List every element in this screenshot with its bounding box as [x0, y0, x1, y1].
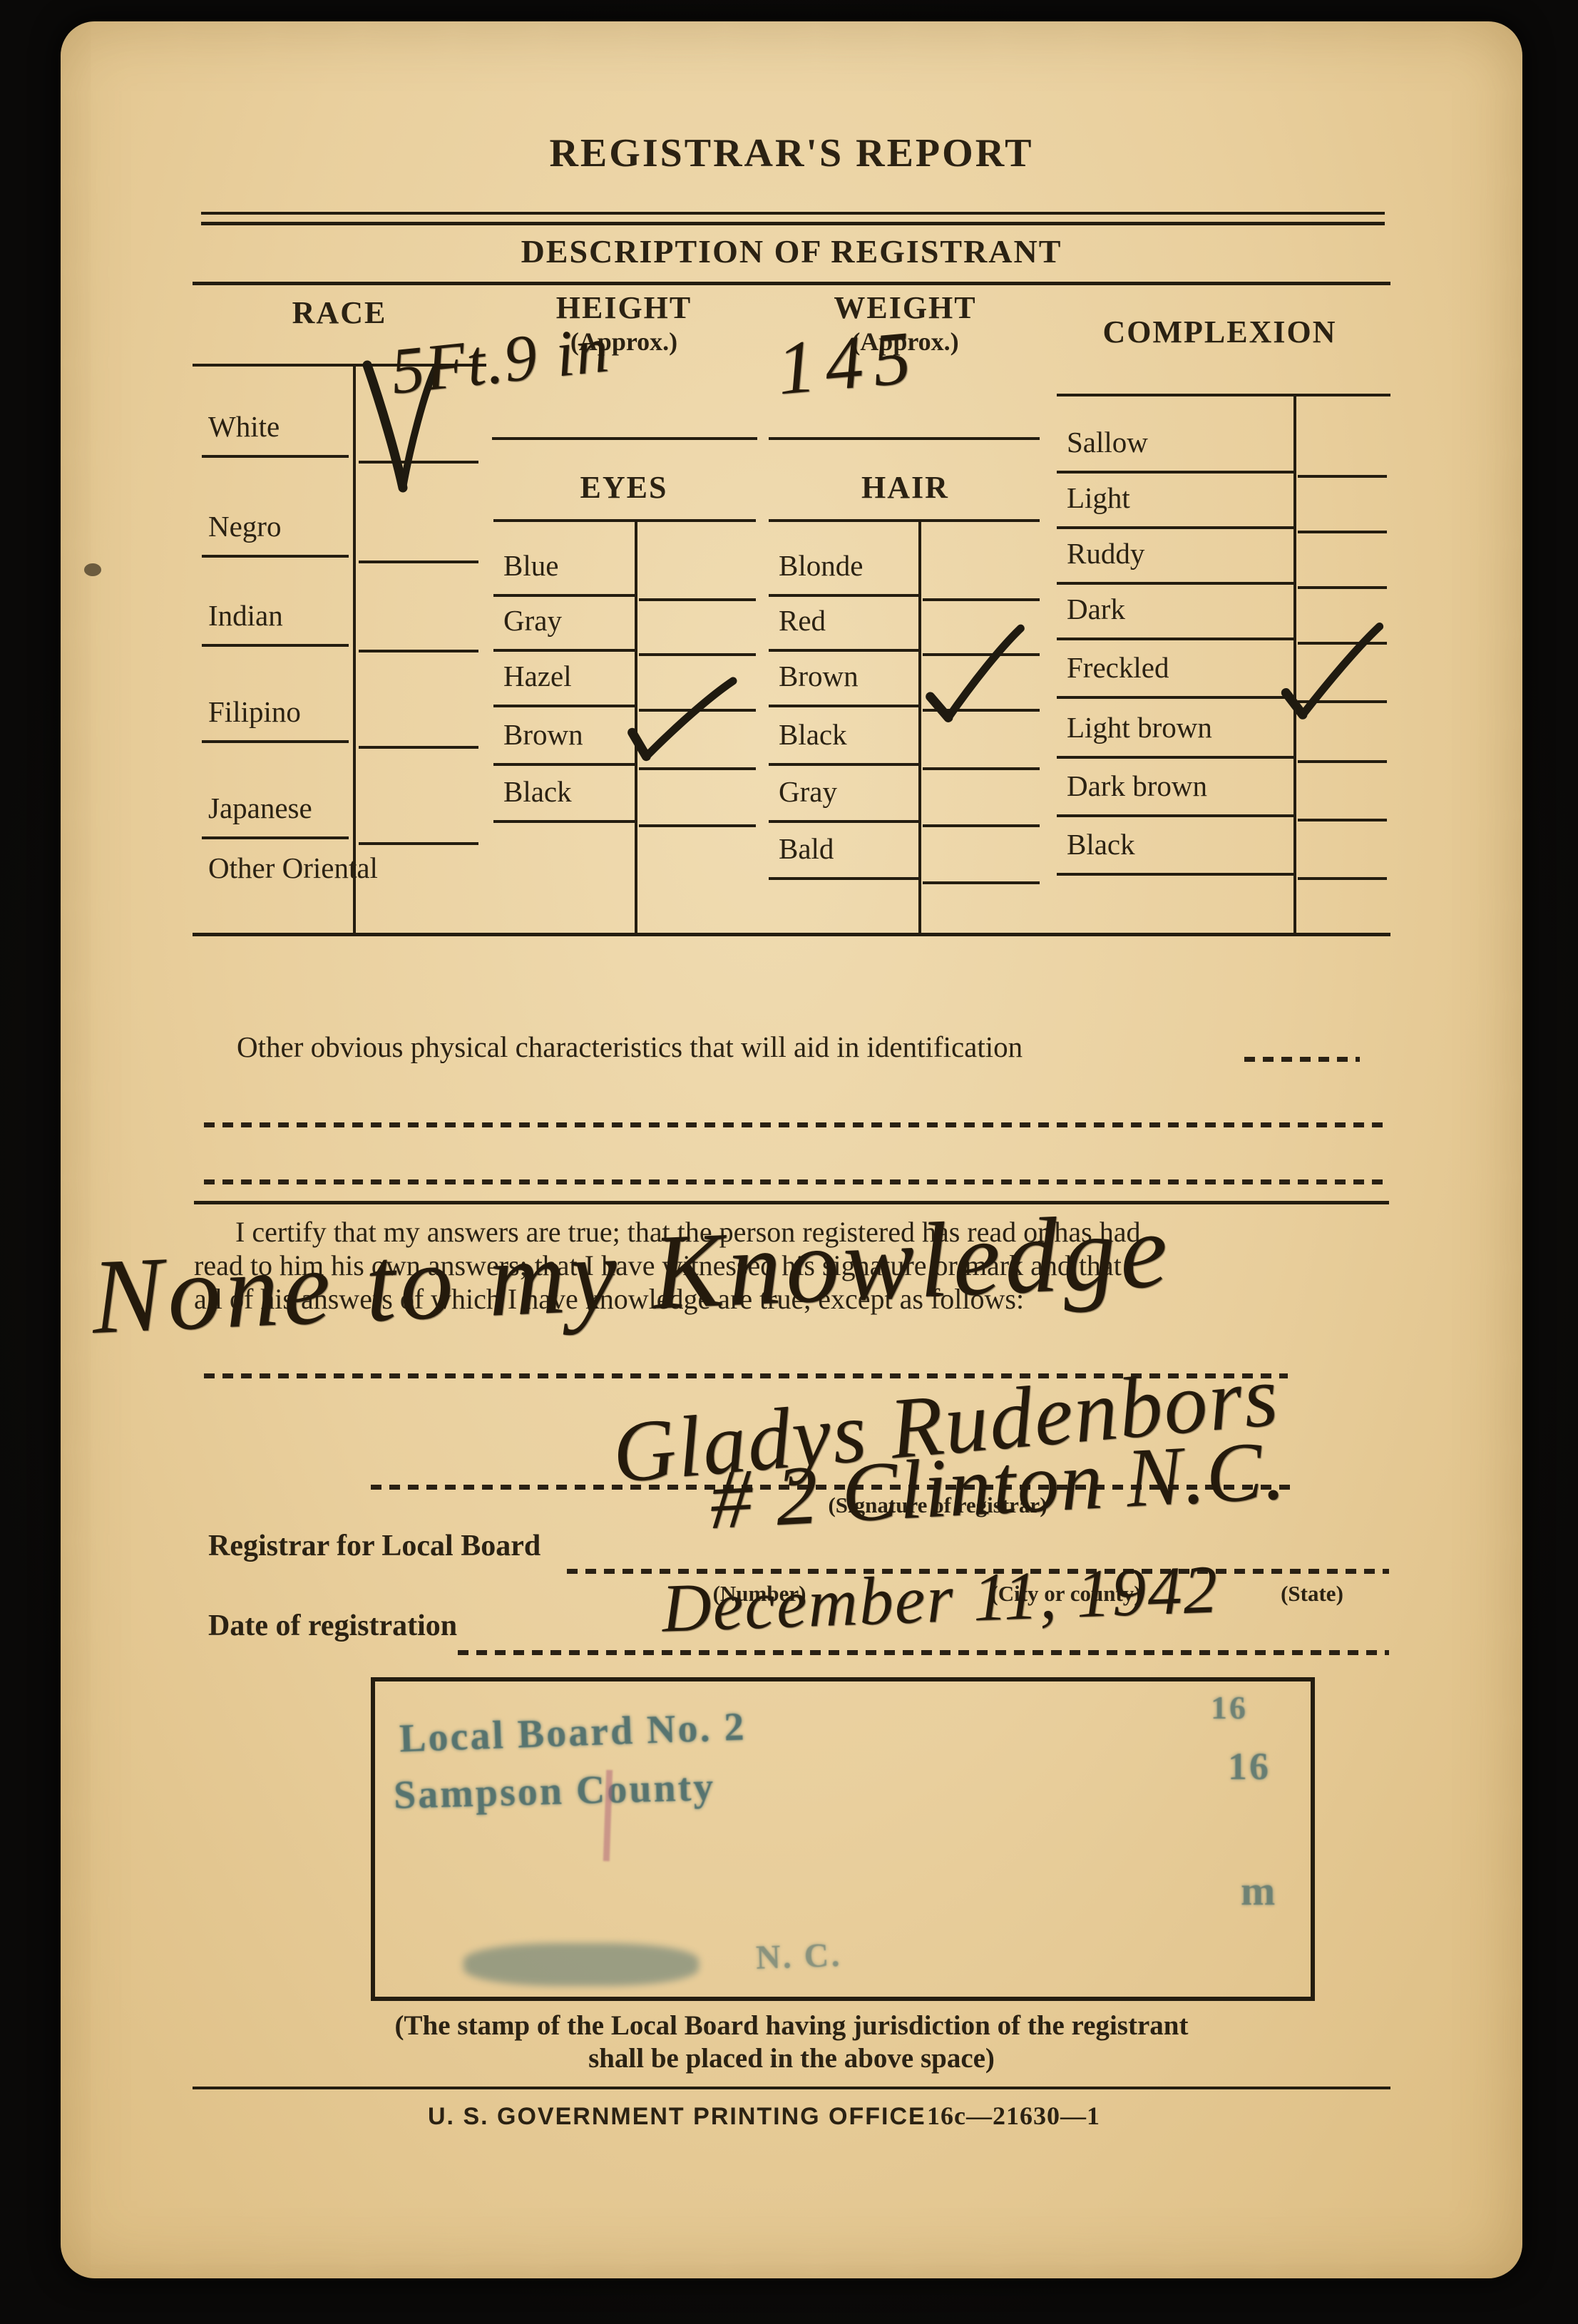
- form-number: 16c—21630—1: [927, 2102, 1100, 2130]
- race-row-line: [202, 455, 349, 458]
- race-checkcell-line: [359, 842, 478, 845]
- complexion-checkcell-line: [1298, 819, 1387, 821]
- complexion-row-line: [1057, 873, 1293, 876]
- complexion-checkcell-line: [1298, 475, 1387, 478]
- race-checkcell-line: [359, 560, 478, 563]
- title-rule-bottom: [201, 222, 1385, 225]
- hair-option-brown: Brown: [779, 660, 859, 692]
- complexion-option-light-brown: Light brown: [1067, 712, 1212, 743]
- complexion-row-line: [1057, 582, 1293, 585]
- race-row-line: [202, 644, 349, 647]
- stamp-fragment: m: [1241, 1867, 1277, 1915]
- stamp-instruction-line-2: shall be placed in the above space): [61, 2044, 1522, 2074]
- hair-checkcell-line: [923, 598, 1040, 601]
- race-option-white: White: [208, 411, 280, 442]
- hair-option-black: Black: [779, 719, 847, 750]
- eyes-header-rule: [493, 519, 756, 522]
- complexion-checkcell-line: [1298, 877, 1387, 880]
- hair-check-divider: [918, 521, 921, 934]
- checkmark-icon: [1275, 619, 1390, 728]
- stamp-fragment: 16: [1228, 1744, 1271, 1788]
- hair-option-red: Red: [779, 605, 826, 636]
- other-characteristics-label: Other obvious physical characteristics t…: [237, 1031, 1023, 1063]
- complexion-checkcell-line: [1298, 531, 1387, 533]
- eyes-option-brown: Brown: [503, 719, 583, 750]
- race-header: RACE: [193, 296, 486, 330]
- complexion-option-sallow: Sallow: [1067, 426, 1148, 458]
- paper-speck: [84, 563, 101, 576]
- hair-checkcell-line: [923, 767, 1040, 770]
- hair-checkcell-line: [923, 881, 1040, 884]
- hair-header: HAIR: [762, 471, 1049, 505]
- race-checkcell-line: [359, 746, 478, 749]
- section-subtitle: DESCRIPTION OF REGISTRANT: [61, 234, 1522, 270]
- race-option-japanese: Japanese: [208, 792, 312, 824]
- weight-value-handwriting: 145: [774, 313, 924, 412]
- complexion-option-dark: Dark: [1067, 593, 1125, 625]
- blank-dotted-line: [204, 1179, 1383, 1184]
- eyes-option-blue: Blue: [503, 550, 558, 581]
- checkmark-icon: [623, 667, 739, 774]
- race-row-line: [202, 836, 349, 839]
- complexion-checkcell-line: [1298, 760, 1387, 763]
- hair-header-rule: [769, 519, 1040, 522]
- complexion-header: COMPLEXION: [1049, 315, 1390, 349]
- weight-cell-line: [769, 437, 1040, 440]
- eyes-checkcell-line: [639, 824, 756, 827]
- hair-option-bald: Bald: [779, 833, 834, 864]
- title-rule-top: [201, 212, 1385, 215]
- stamp-smudge: [463, 1943, 699, 1986]
- stamp-instruction-line-1: (The stamp of the Local Board having jur…: [61, 2011, 1522, 2041]
- complexion-option-dark-brown: Dark brown: [1067, 770, 1207, 802]
- state-caption: (State): [1226, 1582, 1398, 1605]
- hair-checkcell-line: [923, 824, 1040, 827]
- other-characteristics-dash-tail: [1244, 1057, 1360, 1062]
- printer-credit: U. S. GOVERNMENT PRINTING OFFICE: [428, 2104, 926, 2130]
- scanned-document-background: REGISTRAR'S REPORT DESCRIPTION OF REGIST…: [0, 0, 1578, 2324]
- complexion-row-line: [1057, 526, 1293, 529]
- page-title: REGISTRAR'S REPORT: [61, 132, 1522, 175]
- hair-option-gray: Gray: [779, 776, 837, 807]
- complexion-row-line: [1057, 471, 1293, 473]
- eyes-option-black: Black: [503, 776, 572, 807]
- complexion-row-line: [1057, 638, 1293, 640]
- local-board-label: Registrar for Local Board: [208, 1530, 540, 1562]
- table-bottom-rule: [193, 933, 1390, 936]
- footer-rule: [193, 2087, 1390, 2089]
- eyes-header: EYES: [486, 471, 762, 505]
- race-option-other-oriental: Other Oriental: [208, 853, 404, 884]
- complexion-option-black: Black: [1067, 829, 1135, 860]
- complexion-row-line: [1057, 696, 1293, 699]
- hair-row-line: [769, 820, 920, 823]
- registration-date-dotted-line: [458, 1650, 1389, 1655]
- hair-row-line: [769, 877, 920, 880]
- race-option-negro: Negro: [208, 511, 281, 542]
- hair-row-line: [769, 594, 920, 597]
- blank-dotted-line: [204, 1122, 1383, 1127]
- complexion-option-freckled: Freckled: [1067, 652, 1169, 683]
- race-check-divider: [353, 365, 356, 934]
- hair-row-line: [769, 763, 920, 766]
- hair-row-line: [769, 649, 920, 652]
- complexion-checkcell-line: [1298, 586, 1387, 589]
- eyes-row-line: [493, 649, 636, 652]
- race-option-indian: Indian: [208, 600, 283, 631]
- eyes-option-hazel: Hazel: [503, 660, 572, 692]
- eyes-row-line: [493, 763, 636, 766]
- registration-date-label: Date of registration: [208, 1610, 457, 1642]
- eyes-checkcell-line: [639, 598, 756, 601]
- complexion-row-line: [1057, 814, 1293, 817]
- eyes-checkcell-line: [639, 653, 756, 656]
- race-row-line: [202, 740, 349, 743]
- eyes-row-line: [493, 820, 636, 823]
- race-row-line: [202, 555, 349, 558]
- eyes-option-gray: Gray: [503, 605, 562, 636]
- section-divider-rule: [194, 1201, 1389, 1204]
- eyes-row-line: [493, 705, 636, 707]
- complexion-option-ruddy: Ruddy: [1067, 538, 1144, 569]
- table-top-rule: [193, 282, 1390, 285]
- stamp-line-2: Sampson County: [393, 1764, 716, 1818]
- eyes-row-line: [493, 594, 636, 597]
- stamp-fragment: 16: [1211, 1689, 1248, 1726]
- stamp-fragment: N. C.: [755, 1935, 842, 1977]
- race-checkcell-line: [359, 650, 478, 652]
- complexion-option-light: Light: [1067, 482, 1130, 513]
- hair-option-blonde: Blonde: [779, 550, 863, 581]
- height-cell-line: [492, 437, 757, 440]
- complexion-header-rule: [1057, 394, 1390, 396]
- checkmark-icon: [916, 620, 1037, 731]
- hair-row-line: [769, 705, 920, 707]
- complexion-row-line: [1057, 756, 1293, 759]
- race-option-filipino: Filipino: [208, 696, 301, 727]
